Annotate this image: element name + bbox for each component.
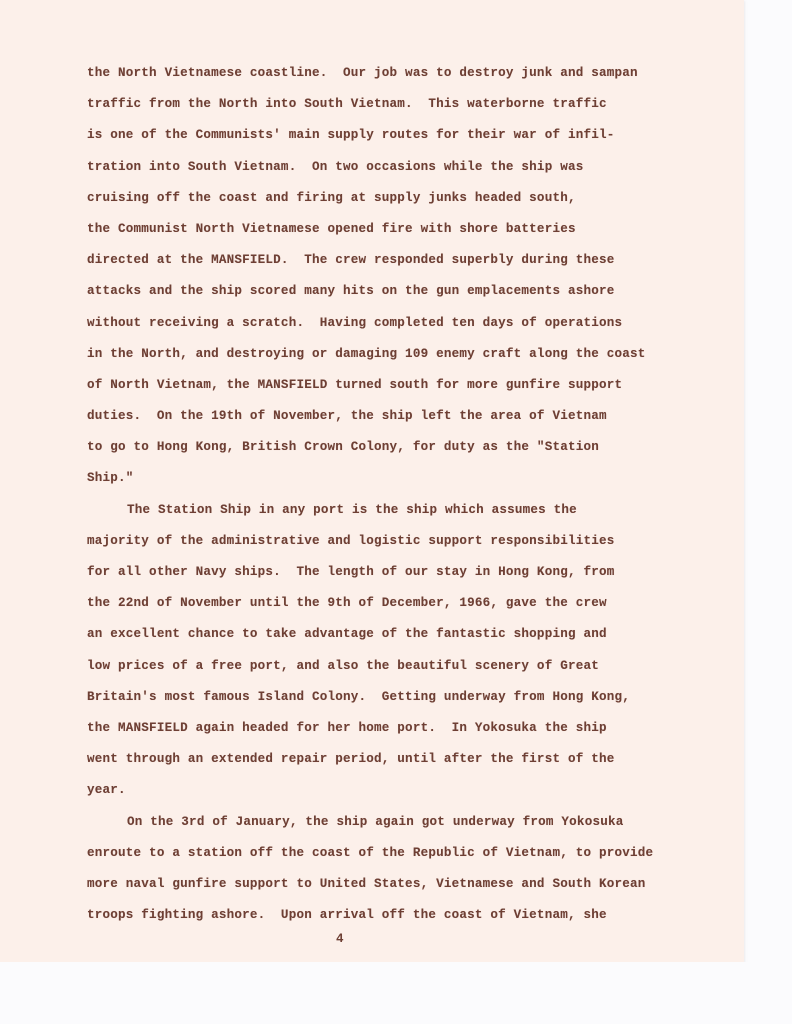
text-line: Britain's most famous Island Colony. Get… bbox=[87, 686, 687, 717]
text-line: cruising off the coast and firing at sup… bbox=[87, 187, 687, 218]
page-number: 4 bbox=[336, 932, 344, 946]
text-line: troops fighting ashore. Upon arrival off… bbox=[87, 904, 687, 935]
text-line: majority of the administrative and logis… bbox=[87, 530, 687, 561]
text-line: duties. On the 19th of November, the shi… bbox=[87, 405, 687, 436]
text-line: attacks and the ship scored many hits on… bbox=[87, 280, 687, 311]
text-line: is one of the Communists' main supply ro… bbox=[87, 124, 687, 155]
text-line: for all other Navy ships. The length of … bbox=[87, 561, 687, 592]
scan-background bbox=[0, 962, 792, 1024]
text-line: year. bbox=[87, 779, 687, 810]
text-line: traffic from the North into South Vietna… bbox=[87, 93, 687, 124]
text-line: enroute to a station off the coast of th… bbox=[87, 842, 687, 873]
typed-text-body: the North Vietnamese coastline. Our job … bbox=[87, 62, 687, 935]
text-line: directed at the MANSFIELD. The crew resp… bbox=[87, 249, 687, 280]
text-line: more naval gunfire support to United Sta… bbox=[87, 873, 687, 904]
text-line: the MANSFIELD again headed for her home … bbox=[87, 717, 687, 748]
paragraph-start-line: On the 3rd of January, the ship again go… bbox=[87, 811, 687, 842]
text-line: of North Vietnam, the MANSFIELD turned s… bbox=[87, 374, 687, 405]
text-line: the North Vietnamese coastline. Our job … bbox=[87, 62, 687, 93]
text-line: in the North, and destroying or damaging… bbox=[87, 343, 687, 374]
text-line: went through an extended repair period, … bbox=[87, 748, 687, 779]
paragraph-start-line: The Station Ship in any port is the ship… bbox=[87, 499, 687, 530]
text-line: low prices of a free port, and also the … bbox=[87, 655, 687, 686]
text-line: the Communist North Vietnamese opened fi… bbox=[87, 218, 687, 249]
text-line: to go to Hong Kong, British Crown Colony… bbox=[87, 436, 687, 467]
text-line: tration into South Vietnam. On two occas… bbox=[87, 156, 687, 187]
text-line: without receiving a scratch. Having comp… bbox=[87, 312, 687, 343]
text-line: the 22nd of November until the 9th of De… bbox=[87, 592, 687, 623]
text-line: an excellent chance to take advantage of… bbox=[87, 623, 687, 654]
text-line: Ship." bbox=[87, 467, 687, 498]
